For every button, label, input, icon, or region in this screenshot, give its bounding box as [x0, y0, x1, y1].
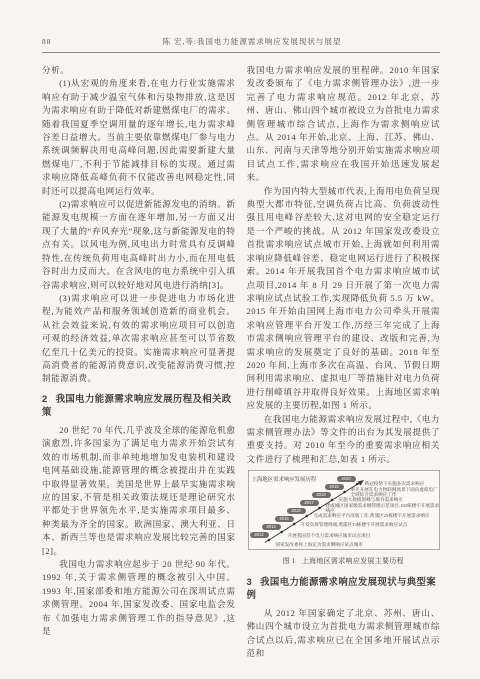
paragraph: 作为国内特大型城市代表,上海用电负荷呈现典型大都市特征,空调负荷占比高、负荷波动… — [247, 185, 441, 413]
two-column-body: 分析。 (1)从宏观的角度来看,在电力行业实施需求响应有助于减少温室气体和污染物… — [42, 64, 440, 660]
section-heading-3: 3我国电力能源需求响应发展现状与典型案例 — [247, 575, 441, 602]
timeline-year-badge: 2019 — [325, 484, 344, 490]
timeline-year-badge: 2020 — [337, 476, 356, 482]
section-title: 我国电力能源需求响应发展历程及相关政策 — [42, 393, 232, 418]
paragraph: 在我国电力能源需求响应发展过程中,《电力需求侧管理办法》等文件的出台为其发展提供… — [247, 413, 441, 467]
timeline-year-badge: 2014 — [262, 524, 281, 530]
timeline-year-badge: 2015 — [275, 516, 294, 522]
figure-caption-text: 上海地区需求响应发展主要历程 — [302, 557, 404, 565]
timeline-year-badge: 2018 — [312, 492, 331, 498]
timeline-event: 建成城区国家级需求侧管理示范项目,102栋楼宇开展需求响应 — [326, 503, 442, 513]
figure-caption: 图 1上海地区需求响应发展主要历程 — [247, 555, 441, 568]
timeline-event: 开展我国首个电力需求响应城市试点项目 — [288, 533, 442, 538]
timeline-year-badge: 2017 — [300, 500, 319, 506]
paper-page: 88 陈 宏,等:我国电力能源需求响应发展现状与展望 分析。 (1)从宏观的角度… — [0, 0, 480, 679]
section-title: 我国电力能源需求响应发展现状与典型案例 — [247, 576, 437, 601]
paragraph: 20 世纪 70 年代,几乎波及全球的能源危机愈演愈烈,许多国家为了满足电力需求… — [42, 424, 236, 558]
timeline-event: 率先开展在电力物联网场景下面向虚拟电厂全域综合需求响应工作 — [351, 487, 441, 497]
page-header: 88 陈 宏,等:我国电力能源需求响应发展现状与展望 — [42, 36, 440, 53]
section-number: 2 — [42, 393, 48, 404]
section-number: 3 — [247, 576, 253, 587]
paragraph: 我国电力需求响应起步于 20 世纪 90 年代。1992 年,关于需求侧管理的概… — [42, 558, 236, 638]
section-heading-2: 2我国电力能源需求响应发展历程及相关政策 — [42, 392, 236, 419]
right-column: 我国电力需求响应发展的里程碑。2010 年国家发改委颁布了《电力需求侧管理办法》… — [247, 64, 441, 660]
running-title: 陈 宏,等:我国电力能源需求响应发展现状与展望 — [104, 36, 400, 47]
timeline-event: 国家发改委将上海定为需求侧响应试点城市 — [276, 542, 442, 547]
paragraph: 分析。 — [42, 64, 236, 77]
timeline-year-badge: 2012 — [250, 532, 269, 538]
paragraph: (1)从宏观的角度来看,在电力行业实施需求响应有助于减少温室气体和污染物排放,这… — [42, 77, 236, 198]
figure-caption-label: 图 1 — [283, 557, 296, 565]
timeline-year-badge: 2016 — [287, 508, 306, 514]
timeline-event: 新冠疫情下实施多次需求响应 — [365, 481, 441, 486]
page-number: 88 — [42, 37, 104, 46]
paragraph: 从 2012 年国家确定了北京、苏州、唐山、佛山四个城市设立为首批电力需求侧管理… — [247, 607, 441, 661]
figure-1-timeline: 上海地区需求响应发展历程 2012 2014 2015 2016 — [248, 470, 441, 550]
paragraph: 我国电力需求响应发展的里程碑。2010 年国家发改委颁布了《电力需求侧管理办法》… — [247, 64, 441, 185]
paragraph: (3)需求响应可以进一步促进电力市场化进程,为能效产品和服务领域创造新的商业机会… — [42, 292, 236, 386]
paragraph: (2)需求响应可以促进新能源发电的消纳。新能源发电规模一方面在逐年增加,另一方面… — [42, 198, 236, 292]
timeline-event: 开发负荷管理终端,黄浦区15栋楼宇开展需求响应试点 — [301, 522, 442, 527]
timeline-event: 完成需求响应平台改版工作,黄浦区25栋楼宇开展需求响应 — [314, 513, 442, 518]
timeline-event: 实施大规模削峰与填谷需求响应 — [339, 497, 441, 502]
left-column: 分析。 (1)从宏观的角度来看,在电力行业实施需求响应有助于减少温室气体和污染物… — [42, 64, 236, 660]
